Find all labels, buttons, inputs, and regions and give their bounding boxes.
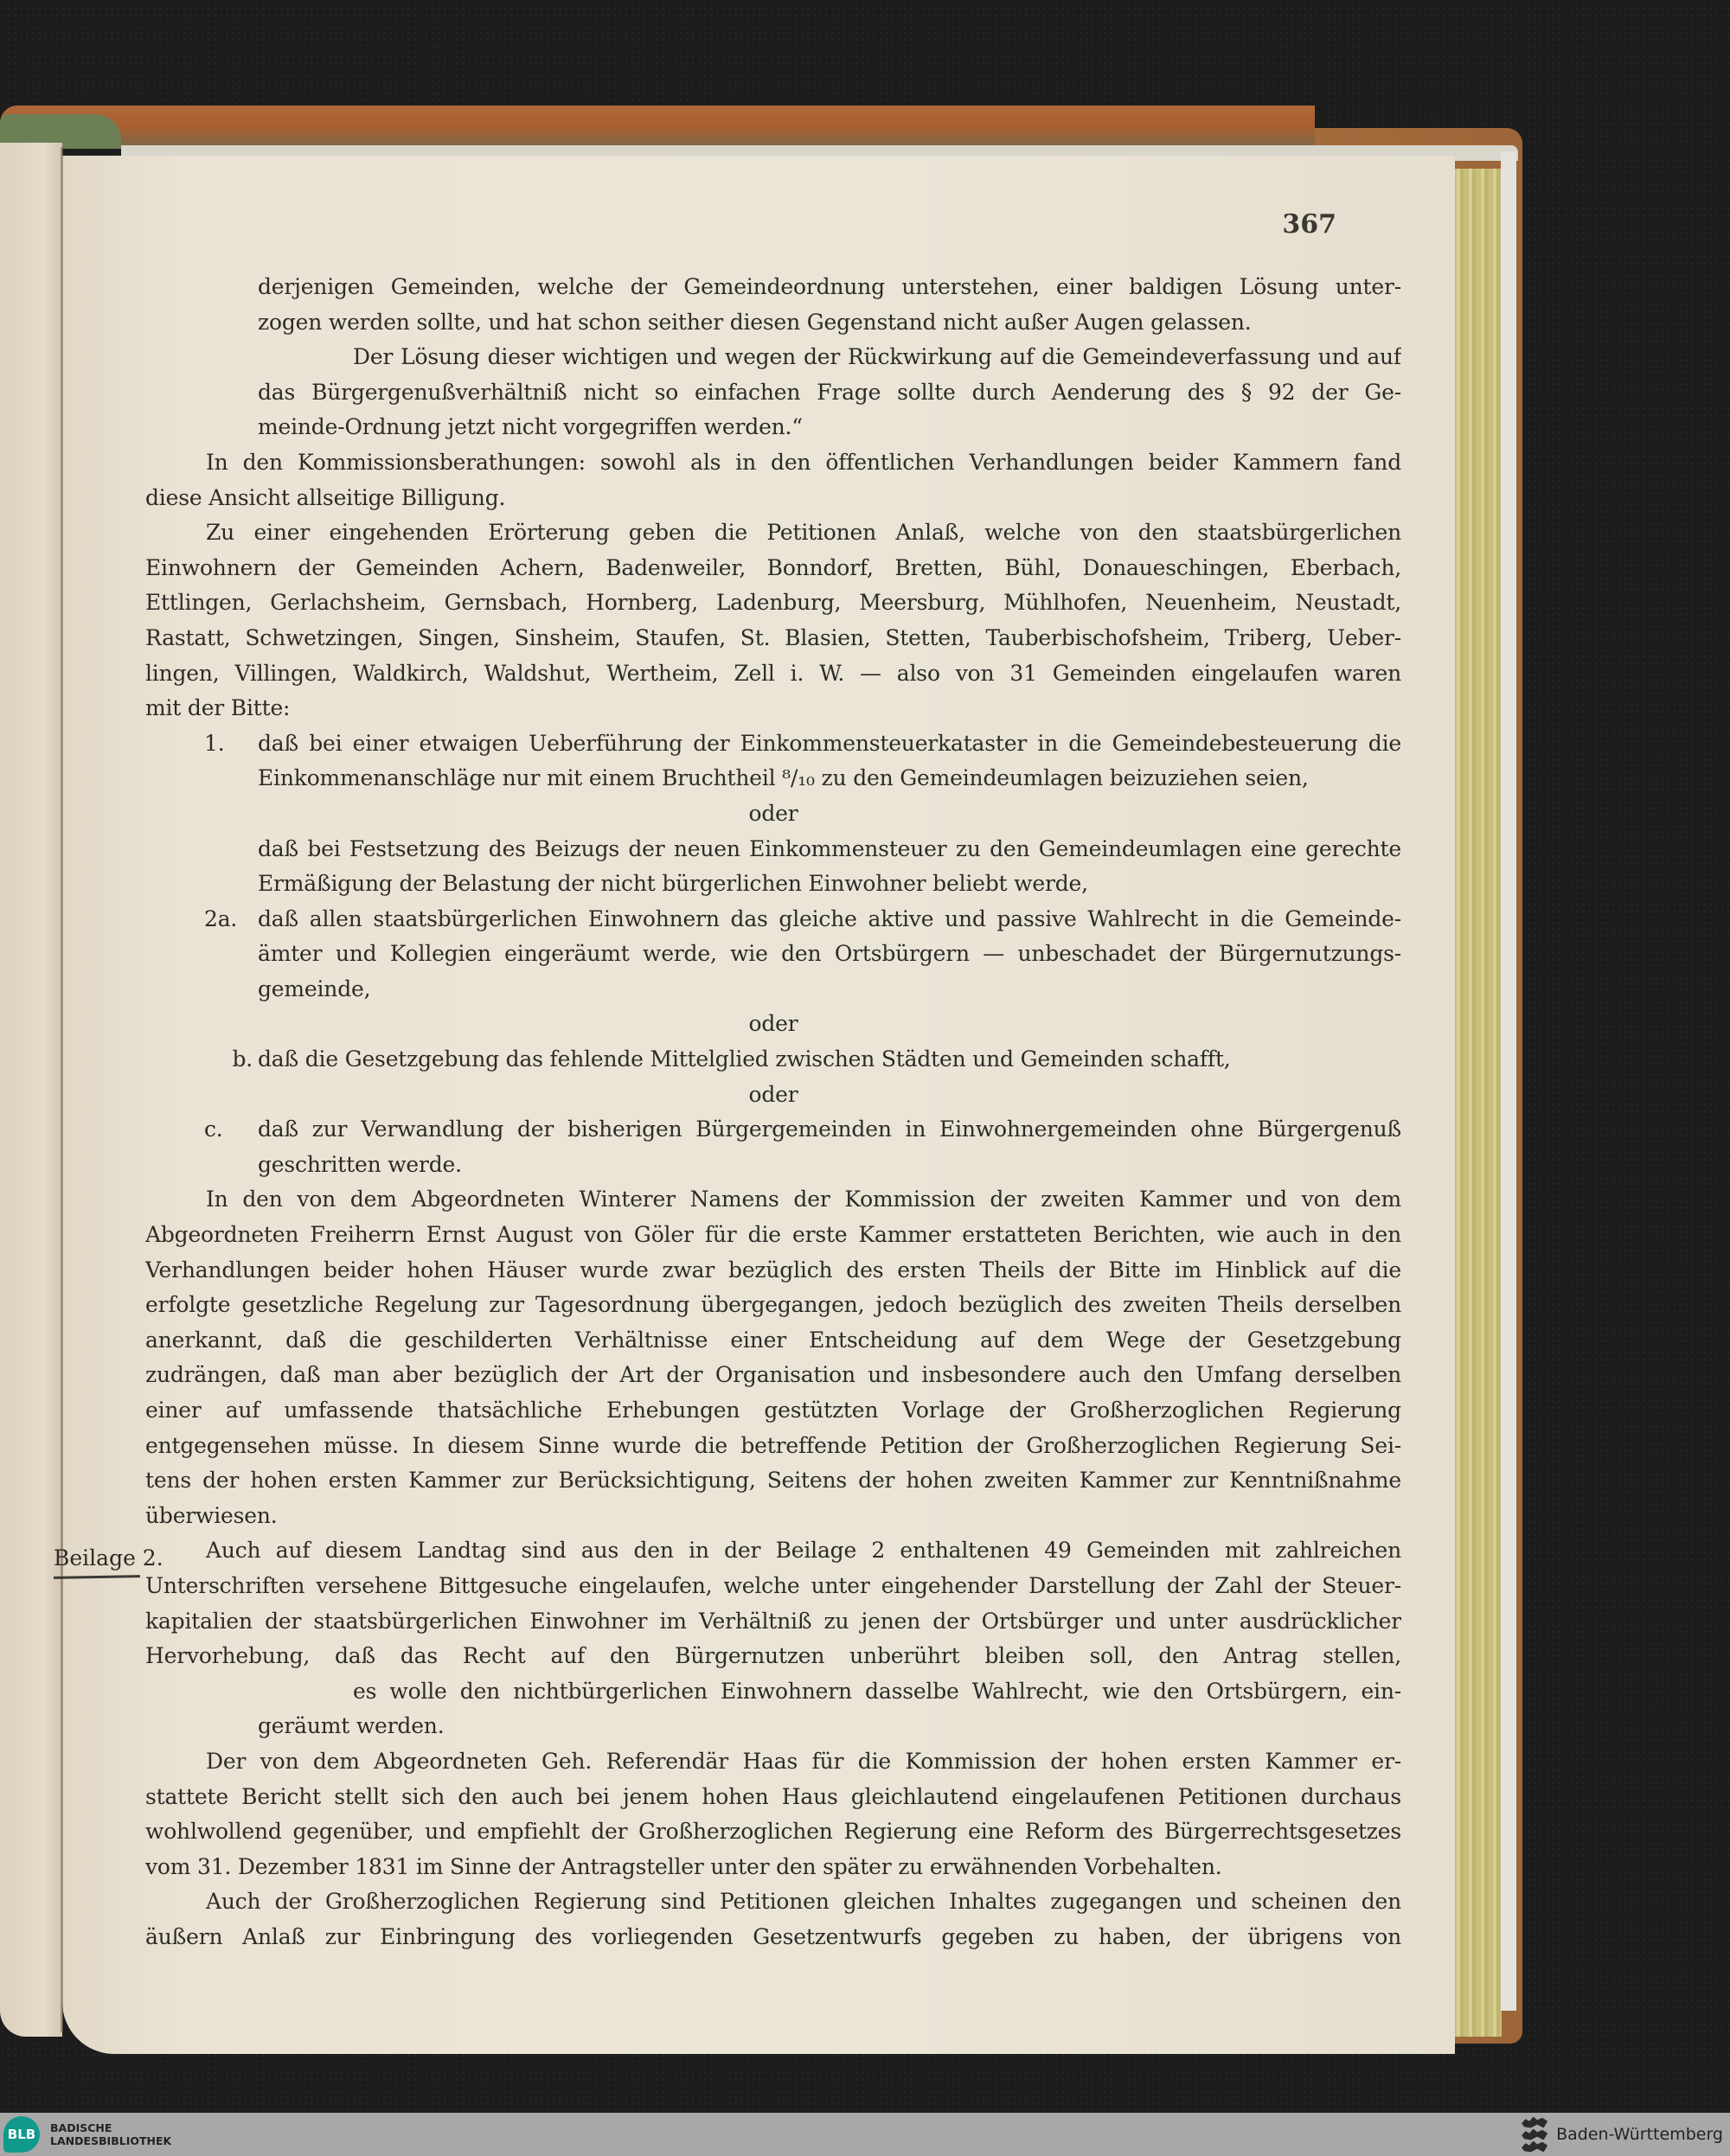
text-line: das Bürgergenußverhältniß nicht so einfa… <box>145 375 1401 411</box>
book-spine-top <box>0 106 1315 149</box>
oder-separator: oder <box>145 1078 1401 1113</box>
baden-wuerttemberg-label: Baden-Württemberg <box>1556 2125 1723 2144</box>
blb-badge-icon: BLB <box>3 2116 40 2153</box>
text-line: In den von dem Abgeordneten Winterer Nam… <box>145 1182 1401 1218</box>
list-label: b. <box>204 1042 253 1078</box>
margin-note: Beilage 2. <box>54 1545 163 1571</box>
page-edge-right <box>1501 151 1516 2011</box>
page-stack-edge <box>1451 169 1502 2037</box>
text-line: tens der hohen ersten Kammer zur Berücks… <box>145 1463 1401 1499</box>
text-line: Einkommenanschläge nur mit einem Bruchth… <box>145 761 1401 797</box>
text-line: gemeinde, <box>145 972 1401 1008</box>
text-line: äußern Anlaß zur Einbringung des vorlieg… <box>145 1920 1401 1955</box>
text-line: Abgeordneten Freiherrn Ernst August von … <box>145 1218 1401 1253</box>
text-line: Ettlingen, Gerlachsheim, Gernsbach, Horn… <box>145 585 1401 621</box>
scanned-page: 367 derjenigen Gemeinden, welche der Gem… <box>62 156 1455 2054</box>
three-lions-icon <box>1522 2117 1547 2153</box>
text-line: lingen, Villingen, Waldkirch, Waldshut, … <box>145 656 1401 692</box>
text-line: In den Kommissionsberathungen: sowohl al… <box>145 445 1401 481</box>
list-label: c. <box>204 1112 253 1148</box>
blb-name: BADISCHE LANDESBIBLIOTHEK <box>50 2121 171 2147</box>
text-line: mit der Bitte: <box>145 691 1401 726</box>
text-line: zudrängen, daß man aber bezüglich der Ar… <box>145 1358 1401 1393</box>
text-line: erfolgte gesetzliche Regelung zur Tageso… <box>145 1288 1401 1323</box>
text-line: Unterschriften versehene Bittgesuche ein… <box>145 1569 1401 1604</box>
oder-separator: oder <box>145 1007 1401 1042</box>
text-line: diese Ansicht allseitige Billigung. <box>145 481 1401 516</box>
text-line: stattete Bericht stellt sich den auch be… <box>145 1780 1401 1815</box>
list-item-2a: 2a.daß allen staatsbürgerlichen Einwohne… <box>145 902 1401 937</box>
text-line: vom 31. Dezember 1831 im Sinne der Antra… <box>145 1850 1401 1885</box>
text-line: Rastatt, Schwetzingen, Singen, Sinsheim,… <box>145 621 1401 656</box>
page-number: 367 <box>1282 209 1336 240</box>
previous-page-sliver <box>0 143 62 2037</box>
text-line: Einwohnern der Gemeinden Achern, Badenwe… <box>145 551 1401 586</box>
text-line: es wolle den nichtbürgerlichen Einwohner… <box>145 1674 1401 1710</box>
list-label: 2a. <box>204 902 253 937</box>
text-line: wohlwollend gegenüber, und empfiehlt der… <box>145 1814 1401 1850</box>
list-item-1: 1.daß bei einer etwaigen Ueberführung de… <box>145 726 1401 762</box>
text-line: Hervorhebung, daß das Recht auf den Bürg… <box>145 1639 1401 1674</box>
text-line: Auch auf diesem Landtag sind aus den in … <box>145 1533 1401 1569</box>
text-line: Zu einer eingehenden Erörterung geben di… <box>145 515 1401 551</box>
text-line: kapitalien der staatsbürgerlichen Einwoh… <box>145 1604 1401 1640</box>
text-line: geräumt werden. <box>145 1709 1401 1744</box>
text-line: überwiesen. <box>145 1499 1401 1534</box>
text-line: Der Lösung dieser wichtigen und wegen de… <box>145 340 1401 375</box>
text-line: Ermäßigung der Belastung der nicht bürge… <box>145 867 1401 902</box>
text-line: Der von dem Abgeordneten Geh. Referendär… <box>145 1744 1401 1780</box>
list-item-2b: b.daß die Gesetzgebung das fehlende Mitt… <box>145 1042 1401 1078</box>
text-line: derjenigen Gemeinden, welche der Gemeind… <box>145 270 1401 305</box>
text-line: einer auf umfassende thatsächliche Erheb… <box>145 1393 1401 1429</box>
list-label: 1. <box>204 726 253 762</box>
blb-logo[interactable]: BLB BADISCHE LANDESBIBLIOTHEK <box>3 2116 171 2153</box>
text-line: meinde-Ordnung jetzt nicht vorgegriffen … <box>145 410 1401 445</box>
text-line: geschritten werde. <box>145 1148 1401 1183</box>
viewer-footer: BLB BADISCHE LANDESBIBLIOTHEK Baden-Würt… <box>0 2113 1730 2156</box>
baden-wuerttemberg-logo[interactable]: Baden-Württemberg <box>1522 2117 1723 2153</box>
text-line: Auch der Großherzoglichen Regierung sind… <box>145 1884 1401 1920</box>
page-text: derjenigen Gemeinden, welche der Gemeind… <box>145 270 1401 1955</box>
text-line: anerkannt, daß die geschilderten Verhält… <box>145 1323 1401 1359</box>
list-item-1-alt: daß bei Festsetzung des Beizugs der neue… <box>145 832 1401 867</box>
list-item-2c: c.daß zur Verwandlung der bisherigen Bür… <box>145 1112 1401 1148</box>
text-line: ämter und Kollegien eingeräumt werde, wi… <box>145 937 1401 972</box>
text-line: zogen werden sollte, und hat schon seith… <box>145 305 1401 341</box>
text-line: entgegensehen müsse. In diesem Sinne wur… <box>145 1429 1401 1464</box>
book-gutter <box>61 147 63 2032</box>
text-line: Verhandlungen beider hohen Häuser wurde … <box>145 1253 1401 1289</box>
oder-separator: oder <box>145 797 1401 832</box>
